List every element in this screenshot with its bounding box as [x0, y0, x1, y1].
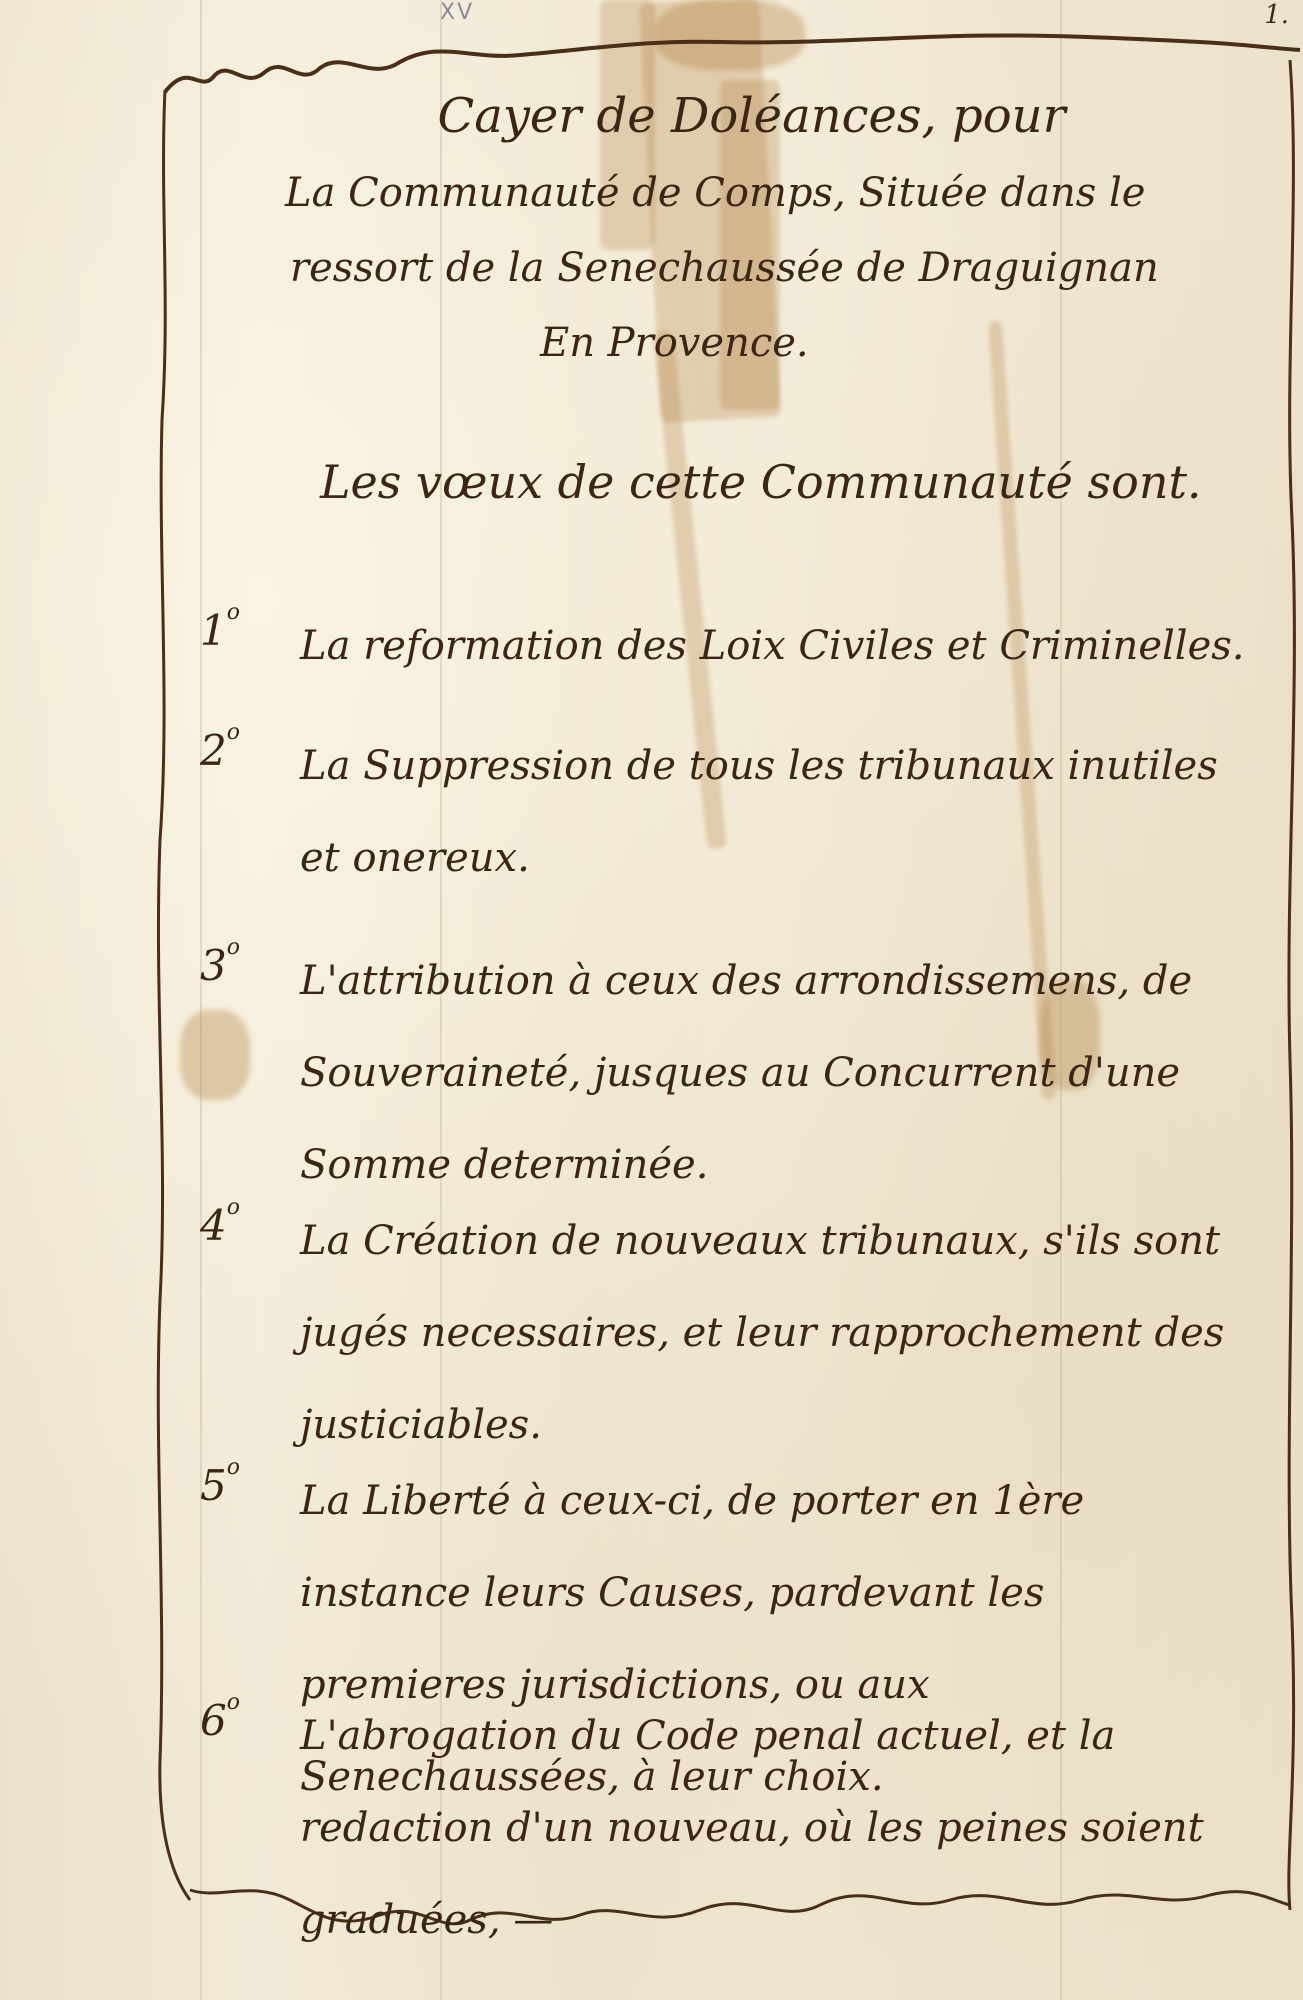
- item-number: 6o: [200, 1690, 240, 1745]
- item-text: L'abrogation du Code penal actuel, et la…: [300, 1690, 1260, 1966]
- list-item: 4o La Création de nouveaux tribunaux, s'…: [200, 1195, 1260, 1471]
- heading-line: La Communauté de Comps, Située dans le: [285, 170, 1145, 216]
- list-item: 1o La reformation des Loix Civiles et Cr…: [200, 600, 1260, 692]
- item-text: La reformation des Loix Civiles et Crimi…: [300, 600, 1260, 692]
- item-text: La Création de nouveaux tribunaux, s'ils…: [300, 1195, 1260, 1471]
- heading-line: ressort de la Senechaussée de Draguignan: [290, 245, 1159, 291]
- list-item: 2o La Suppression de tous les tribunaux …: [200, 720, 1260, 904]
- item-number: 3o: [200, 935, 240, 990]
- item-text: La Suppression de tous les tribunaux inu…: [300, 720, 1260, 904]
- heading-line: En Provence.: [540, 320, 809, 366]
- item-text: L'attribution à ceux des arrondissemens,…: [300, 935, 1260, 1211]
- list-item: 3o L'attribution à ceux des arrondisseme…: [200, 935, 1260, 1211]
- manuscript-page: XV 1. Cayer de Doléances, pour La Commun…: [0, 0, 1303, 2000]
- document-title: Cayer de Doléances, pour: [0, 88, 1303, 144]
- item-number: 1o: [200, 600, 240, 655]
- intro-line: Les vœux de cette Communauté sont.: [320, 455, 1202, 509]
- item-number: 5o: [200, 1455, 240, 1510]
- item-number: 2o: [200, 720, 240, 775]
- list-item: 6o L'abrogation du Code penal actuel, et…: [200, 1690, 1260, 1874]
- item-number: 4o: [200, 1195, 240, 1250]
